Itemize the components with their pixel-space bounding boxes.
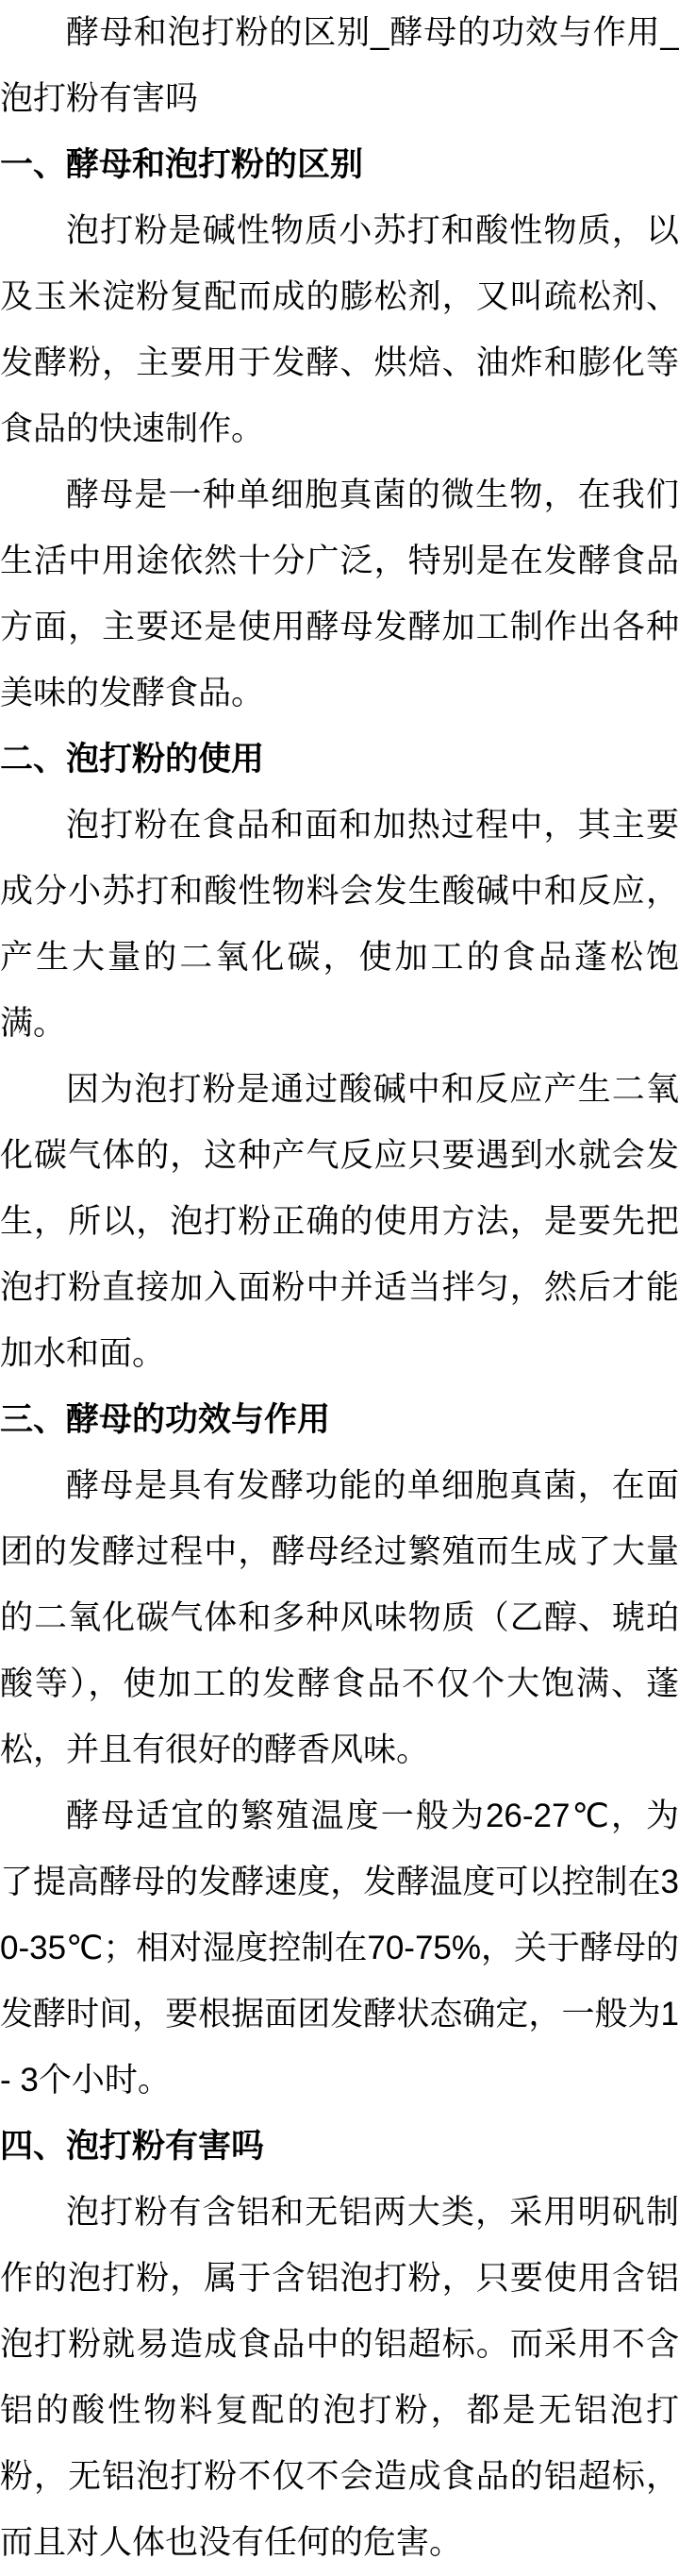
section-heading-1: 一、酵母和泡打粉的区别 [0,132,679,198]
document-page: 酵母和泡打粉的区别_酵母的功效与作用_泡打粉有害吗 一、酵母和泡打粉的区别 泡打… [0,0,679,2576]
article-body: 酵母和泡打粉的区别_酵母的功效与作用_泡打粉有害吗 一、酵母和泡打粉的区别 泡打… [0,0,679,2576]
section-1-paragraph-2: 酵母是一种单细胞真菌的微生物，在我们生活中用途依然十分广泛，特别是在发酵食品方面… [0,462,679,727]
document-title: 酵母和泡打粉的区别_酵母的功效与作用_泡打粉有害吗 [0,0,679,132]
section-2-paragraph-2: 因为泡打粉是通过酸碱中和反应产生二氧化碳气体的，这种产气反应只要遇到水就会发生，… [0,1057,679,1387]
section-2-paragraph-1: 泡打粉在食品和面和加热过程中，其主要成分小苏打和酸性物料会发生酸碱中和反应，产生… [0,793,679,1057]
section-heading-3: 三、酵母的功效与作用 [0,1387,679,1453]
section-heading-2: 二、泡打粉的使用 [0,727,679,793]
section-3-paragraph-1: 酵母是具有发酵功能的单细胞真菌，在面团的发酵过程中，酵母经过繁殖而生成了大量的二… [0,1453,679,1783]
section-heading-4: 四、泡打粉有害吗 [0,2114,679,2180]
section-3-paragraph-2: 酵母适宜的繁殖温度一般为26-27℃，为了提高酵母的发酵速度，发酵温度可以控制在… [0,1783,679,2114]
section-4-paragraph-1: 泡打粉有含铝和无铝两大类，采用明矾制作的泡打粉，属于含铝泡打粉，只要使用含铝泡打… [0,2180,679,2576]
section-1-paragraph-1: 泡打粉是碱性物质小苏打和酸性物质，以及玉米淀粉复配而成的膨松剂，又叫疏松剂、发酵… [0,198,679,462]
